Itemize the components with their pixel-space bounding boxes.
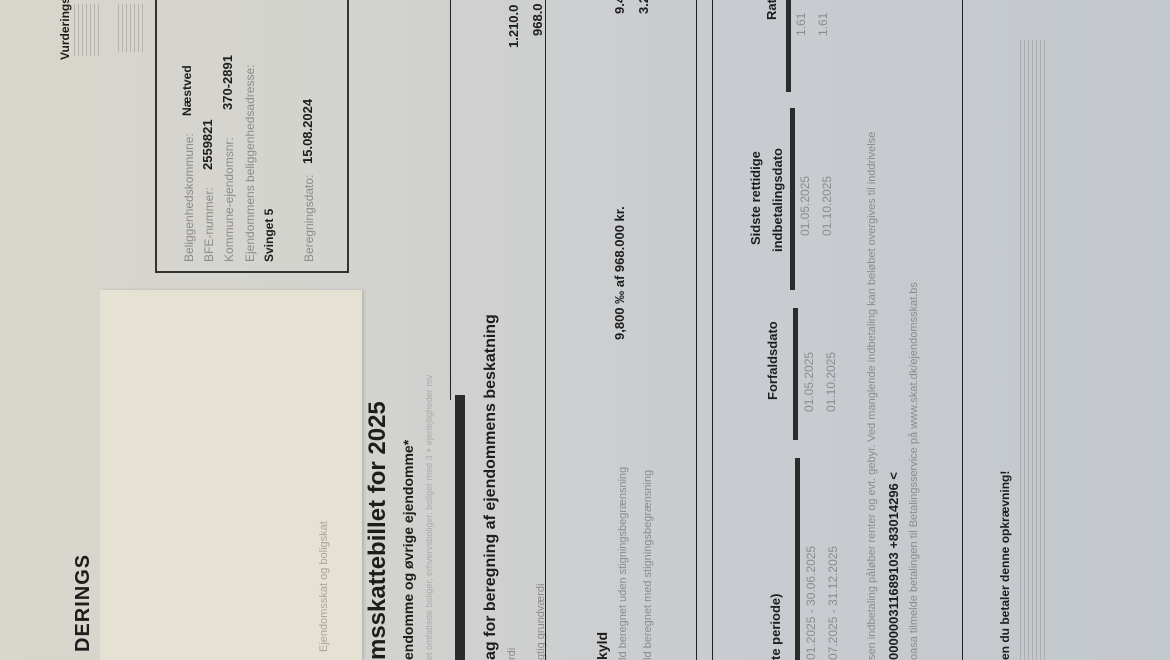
bfe-label: BFE-nummer:	[202, 187, 216, 262]
tax-row2-value: 3.2	[636, 0, 651, 14]
col-header-last-date-2: indbetalingsdato	[770, 148, 785, 252]
row-due-date: 01.10.2025	[824, 352, 838, 412]
column-bar	[795, 458, 800, 660]
divider	[962, 0, 963, 660]
col-header-last-date-1: Sidste rettidige	[748, 151, 763, 245]
tax-heading: kyld	[594, 632, 610, 660]
basis-row2-value: 968.0	[530, 3, 545, 36]
column-bar	[786, 0, 791, 92]
betalingsservice-note[interactable]: oasa tilmelde betalingen til Betalingsse…	[908, 282, 920, 660]
ocr-payment-line: 000000311689103 +83014296 <	[886, 472, 901, 660]
col-header-period: te periode)	[768, 594, 783, 660]
divider	[712, 0, 713, 660]
col-header-amount: Rat	[764, 0, 779, 20]
divider	[450, 0, 451, 400]
fine-print-blurred	[1020, 40, 1046, 660]
sender-address-blurred	[74, 4, 102, 56]
sender-title: Vurderingsst	[58, 0, 72, 60]
row-last-date: 01.05.2025	[798, 176, 812, 236]
calc-date-label: Beregningsdato:	[302, 175, 316, 262]
row-period: 07.2025 - 31.12.2025	[826, 546, 840, 660]
divider	[696, 0, 697, 660]
sender-contact-blurred	[118, 4, 146, 52]
tax-row2-label: ld beregnet med stigningsbegrænsning	[642, 470, 654, 660]
basis-heading: ag for beregning af ejendommens beskatni…	[482, 314, 500, 660]
page-title: msskattebillet for 2025	[364, 401, 392, 660]
column-bar	[790, 108, 795, 290]
section-bar	[455, 395, 465, 660]
municipality-value: Næstved	[180, 65, 194, 116]
row-period: 01.2025 - 30.06.2025	[804, 546, 818, 660]
late-payment-note: sen indbetaling påløber renter og evt. g…	[866, 132, 878, 660]
tax-row1-label: ld beregnet uden stigningsbegrænsning	[617, 467, 629, 660]
col-header-due-date: Forfaldsdato	[765, 321, 780, 400]
address-value: Svinget 5	[262, 209, 276, 262]
address-label: Ejendommens beliggenhedsadresse:	[243, 65, 257, 262]
warning-text: en du betaler denne opkrævning!	[998, 471, 1012, 660]
title-footnote: et omfattede boliger, erhvervsboliger, b…	[424, 375, 434, 660]
sticky-note-text: Ejendomsskat og boligskat	[318, 521, 330, 652]
tax-bill-document: Vurderingsst DERINGS Beliggenhedskommune…	[0, 0, 1170, 660]
basis-row1-label: rdi	[506, 648, 518, 660]
tax-row1-rate: 9,800 ‰ af 968.000 kr.	[612, 206, 627, 340]
bfe-value: 2559821	[200, 119, 215, 170]
row-amount: 1.61	[816, 13, 830, 36]
property-no-label: Kommune-ejendomsnr:	[222, 137, 236, 262]
page-subtitle: endomme og øvrige ejendomme*	[400, 440, 416, 660]
row-amount: 1.61	[794, 13, 808, 36]
row-due-date: 01.05.2025	[802, 352, 816, 412]
municipality-label: Beliggenhedskommune:	[182, 133, 196, 262]
divider	[545, 0, 546, 660]
basis-row1-value: 1.210.0	[506, 5, 521, 48]
row-last-date: 01.10.2025	[820, 176, 834, 236]
tax-row1-value: 9.4	[612, 0, 627, 14]
column-bar	[793, 308, 798, 440]
brand-heading: DERINGS	[72, 554, 95, 652]
calc-date-value: 15.08.2024	[300, 99, 315, 164]
property-no-value: 370-2891	[220, 55, 235, 110]
